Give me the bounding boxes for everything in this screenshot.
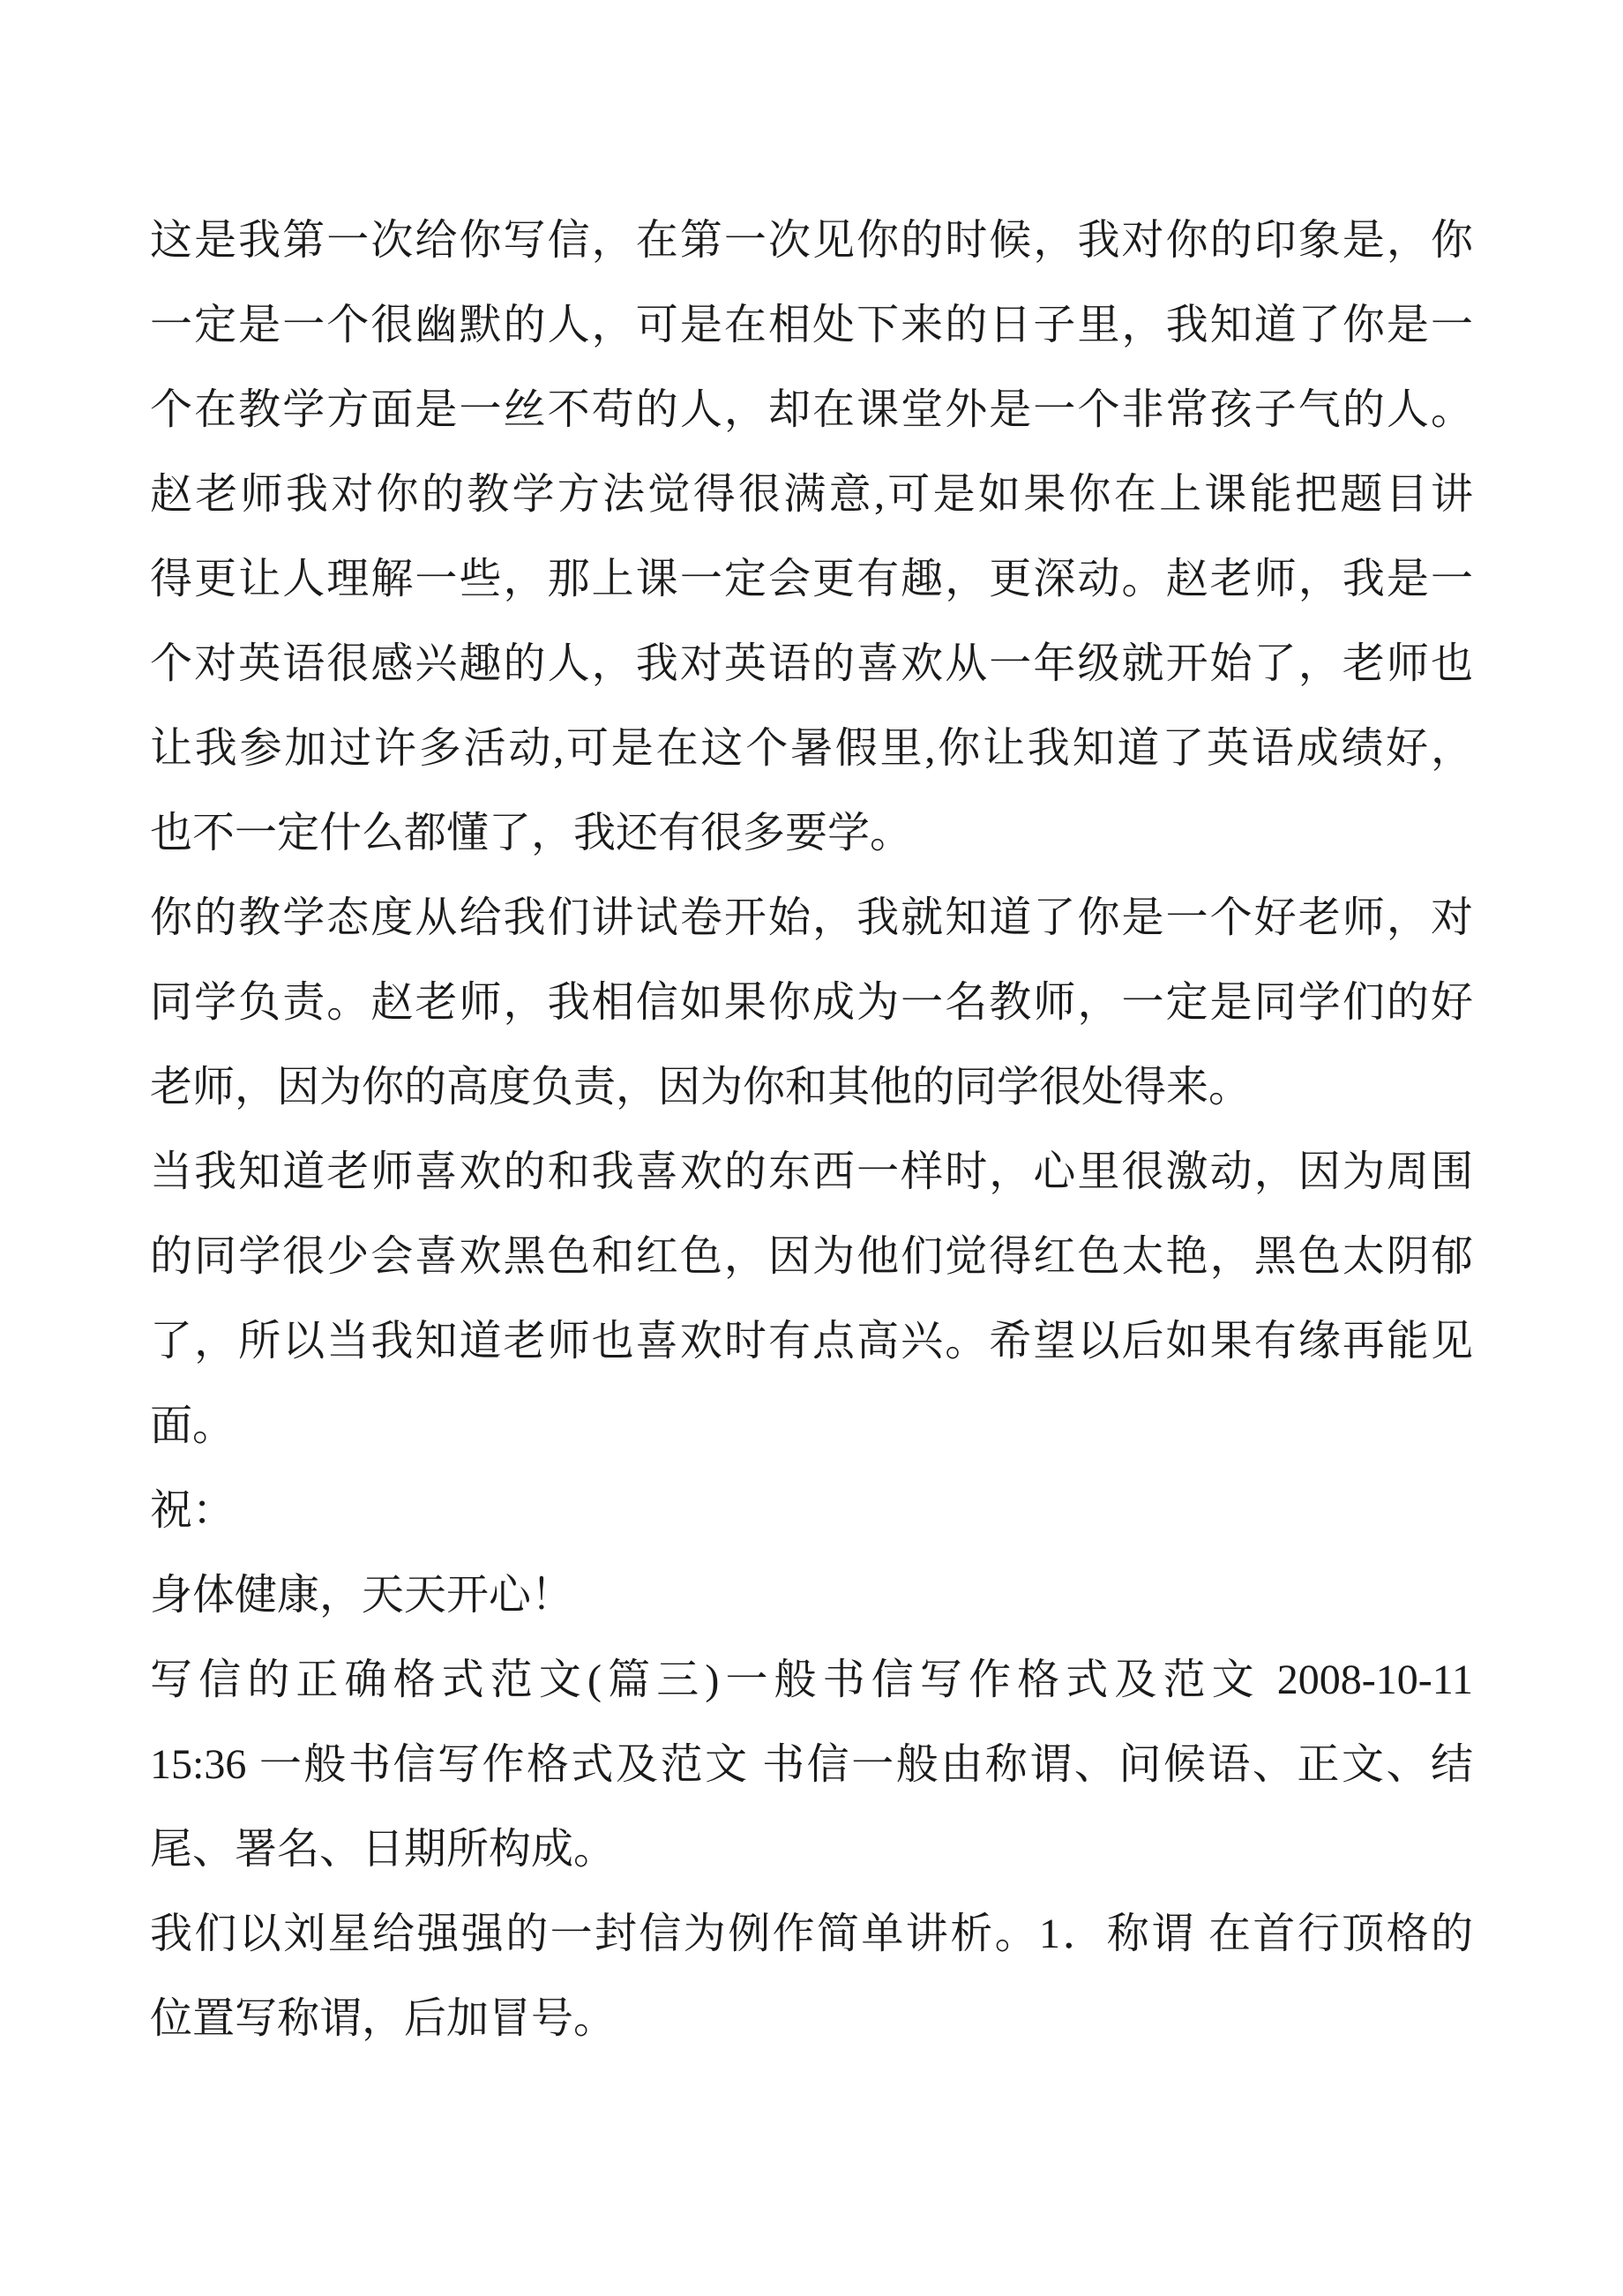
text-line: 个在教学方面是一丝不苟的人，却在课堂外是一个非常孩子气的人。 xyxy=(150,368,1473,452)
text-line: 这是我第一次给你写信，在第一次见你的时候，我对你的印象是，你 xyxy=(150,198,1473,283)
text-line: 面。 xyxy=(150,1384,1473,1469)
text-line: 同学负责。赵老师，我相信如果你成为一名教师，一定是同学们的好 xyxy=(150,961,1473,1045)
text-line: 让我参加过许多活动,可是在这个暑假里,你让我知道了英语成绩好， xyxy=(150,707,1473,791)
text-line: 一定是一个很幽默的人，可是在相处下来的日子里，我知道了你是一 xyxy=(150,283,1473,368)
text-line: 赵老师我对你的教学方法觉得很满意,可是如果你在上课能把题目讲 xyxy=(150,452,1473,537)
document-page: 这是我第一次给你写信，在第一次见你的时候，我对你的印象是，你一定是一个很幽默的人… xyxy=(0,0,1623,2296)
text-line: 15:36 一般书信写作格式及范文 书信一般由称谓、问候语、正文、结 xyxy=(150,1723,1473,1807)
text-line: 老师，因为你的高度负责，因为你和其他的同学很处得来。 xyxy=(150,1045,1473,1130)
text-line: 写信的正确格式范文(篇三)一般书信写作格式及范文 2008-10-11 xyxy=(150,1638,1473,1723)
text-line: 位置写称谓，后加冒号。 xyxy=(150,1977,1473,2061)
document-text-block: 这是我第一次给你写信，在第一次见你的时候，我对你的印象是，你一定是一个很幽默的人… xyxy=(150,198,1473,2061)
text-line: 当我知道老师喜欢的和我喜欢的东西一样时，心里很激动，因为周围 xyxy=(150,1130,1473,1215)
text-line: 的同学很少会喜欢黑色和红色，因为他们觉得红色太艳，黑色太阴郁 xyxy=(150,1215,1473,1299)
text-line: 你的教学态度从给我们讲试卷开始，我就知道了你是一个好老师，对 xyxy=(150,876,1473,961)
text-line: 身体健康，天天开心！ xyxy=(150,1553,1473,1638)
text-line: 个对英语很感兴趣的人，我对英语的喜欢从一年级就开始了，老师也 xyxy=(150,622,1473,707)
text-line: 得更让人理解一些，那上课一定会更有趣，更深动。赵老师，我是一 xyxy=(150,537,1473,622)
text-line: 我们以刘星给强强的一封信为例作简单讲析。1．称谓 在首行顶格的 xyxy=(150,1892,1473,1977)
text-line: 了，所以当我知道老师也喜欢时有点高兴。希望以后如果有缘再能见 xyxy=(150,1299,1473,1384)
text-line: 祝： xyxy=(150,1469,1473,1553)
text-line: 尾、署名、日期所构成。 xyxy=(150,1807,1473,1892)
text-line: 也不一定什么都懂了，我还有很多要学。 xyxy=(150,791,1473,876)
